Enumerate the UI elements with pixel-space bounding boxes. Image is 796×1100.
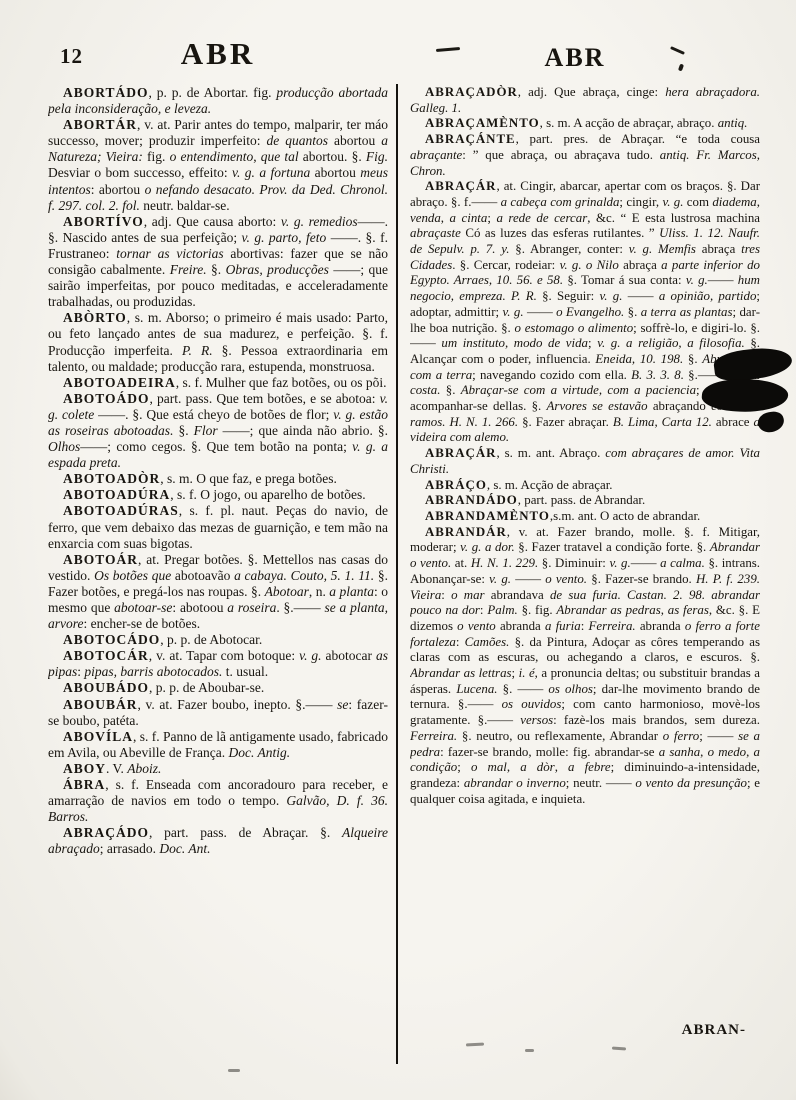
entry-headword: ABOVÍLA bbox=[63, 729, 133, 744]
dictionary-entry: ABRAÇÁNTE, part. pres. de Abraçar. “e to… bbox=[410, 132, 760, 179]
dictionary-entry: ABRAÇÁR, at. Cingir, abarcar, apertar co… bbox=[410, 179, 760, 446]
dictionary-entry: ABOTOÁR, at. Pregar botões. §. Mettellos… bbox=[48, 552, 388, 632]
entry-headword: ABORTÍVO bbox=[63, 214, 144, 229]
entry-headword: ÁBRA bbox=[63, 777, 105, 792]
ink-smudge bbox=[466, 1043, 484, 1047]
entry-headword: ABOTOADÒR bbox=[63, 471, 160, 486]
entry-headword: ABRAÇÁR bbox=[425, 179, 496, 193]
dictionary-entry: ABOTOADÚRAS, s. f. pl. naut. Peças do na… bbox=[48, 503, 388, 551]
entry-headword: ABOY bbox=[63, 761, 106, 776]
dictionary-entry: ABOUBÁDO, p. p. de Aboubar-se. bbox=[48, 680, 388, 696]
entry-headword: ABOTOCÁDO bbox=[63, 632, 160, 647]
ink-smudge bbox=[228, 1069, 240, 1072]
entry-headword: ABRAÇADÒR bbox=[425, 85, 518, 99]
entry-headword: ABOTOADÚRAS bbox=[63, 503, 179, 518]
dictionary-entry: ÁBRA, s. f. Enseada com ancoradouro para… bbox=[48, 777, 388, 825]
entry-headword: ABRANDAMÈNTO bbox=[425, 509, 550, 523]
column-left: ABORTÁDO, p. p. de Abortar. fig. producç… bbox=[48, 85, 388, 1047]
dictionary-entry: ABRAÇÁDO, part. pass. de Abraçar. §. Alq… bbox=[48, 825, 388, 857]
dictionary-entry: ABRAÇAMÈNTO, s. m. A acção de abraçar, a… bbox=[410, 116, 760, 132]
entry-headword: ABOUBÁDO bbox=[63, 680, 149, 695]
dictionary-entry: ABRANDAMÈNTO,s.m. ant. O acto de abranda… bbox=[410, 509, 760, 525]
ink-smudge bbox=[612, 1047, 626, 1051]
dictionary-entry: ABOTOADÒR, s. m. O que faz, e prega botõ… bbox=[48, 471, 388, 487]
column-right: ABRAÇADÒR, adj. Que abraça, cinge: hera … bbox=[410, 85, 760, 1037]
entry-headword: ABORTÁR bbox=[63, 117, 137, 132]
entry-headword: ABOTOADÚRA bbox=[63, 487, 170, 502]
entry-headword: ABRANDÁDO bbox=[425, 493, 518, 507]
entry-headword: ABOTOÁDO bbox=[63, 391, 150, 406]
dictionary-entry: ABOTOADEIRA, s. f. Mulher que faz botões… bbox=[48, 375, 388, 391]
dictionary-entry: ABOTOÁDO, part. pass. Que tem botões, e … bbox=[48, 391, 388, 471]
dictionary-entry: ABOTOCÁR, v. at. Tapar com botoque: v. g… bbox=[48, 648, 388, 680]
dictionary-page-scan: 12 ABR ABR ABORTÁDO, p. p. de Abortar. f… bbox=[0, 0, 796, 1100]
catchword: ABRAN- bbox=[410, 1022, 746, 1039]
running-header-left: ABR bbox=[48, 36, 388, 72]
entry-headword: ABRANDÁR bbox=[425, 525, 507, 539]
dictionary-entry: ABÒRTO, s. m. Aborso; o primeiro é mais … bbox=[48, 310, 388, 374]
dictionary-entry: ABRANDÁDO, part. pass. de Abrandar. bbox=[410, 493, 760, 509]
entry-headword: ABOTOCÁR bbox=[63, 648, 149, 663]
entry-headword: ABOTOADEIRA bbox=[63, 375, 176, 390]
dictionary-entry: ABOVÍLA, s. f. Panno de lã antigamente u… bbox=[48, 729, 388, 761]
entry-headword: ABRAÇÁR bbox=[425, 446, 496, 460]
dictionary-entry: ABOTOADÚRA, s. f. O jogo, ou aparelho de… bbox=[48, 487, 388, 503]
dictionary-entry: ABORTÁDO, p. p. de Abortar. fig. producç… bbox=[48, 85, 388, 117]
dictionary-entry: ABRAÇÁR, s. m. ant. Abraço. com abraçare… bbox=[410, 446, 760, 477]
entry-headword: ABRAÇÁDO bbox=[63, 825, 149, 840]
ink-blot bbox=[756, 410, 785, 434]
entry-headword: ABÒRTO bbox=[63, 310, 127, 325]
dictionary-entry: ABORTÁR, v. at. Parir antes do tempo, ma… bbox=[48, 117, 388, 214]
dictionary-entry: ABRÁÇO, s. m. Acção de abraçar. bbox=[410, 478, 760, 494]
dictionary-entry: ABORTÍVO, adj. Que causa aborto: v. g. r… bbox=[48, 214, 388, 311]
column-divider-rule bbox=[396, 84, 398, 1064]
dictionary-entry: ABRANDÁR, v. at. Fazer brando, molle. §.… bbox=[410, 525, 760, 808]
entry-headword: ABRÁÇO bbox=[425, 478, 487, 492]
entry-headword: ABRAÇAMÈNTO bbox=[425, 116, 540, 130]
entry-headword: ABOUBÁR bbox=[63, 697, 138, 712]
ink-smudge bbox=[525, 1049, 534, 1052]
dictionary-entry: ABOUBÁR, v. at. Fazer boubo, inepto. §.—… bbox=[48, 697, 388, 729]
dictionary-entry: ABRAÇADÒR, adj. Que abraça, cinge: hera … bbox=[410, 85, 760, 116]
entry-headword: ABRAÇÁNTE bbox=[425, 132, 516, 146]
entry-headword: ABOTOÁR bbox=[63, 552, 138, 567]
entry-headword: ABORTÁDO bbox=[63, 85, 149, 100]
dictionary-entry: ABOTOCÁDO, p. p. de Abotocar. bbox=[48, 632, 388, 648]
dictionary-entry: ABOY. V. Aboiz. bbox=[48, 761, 388, 777]
